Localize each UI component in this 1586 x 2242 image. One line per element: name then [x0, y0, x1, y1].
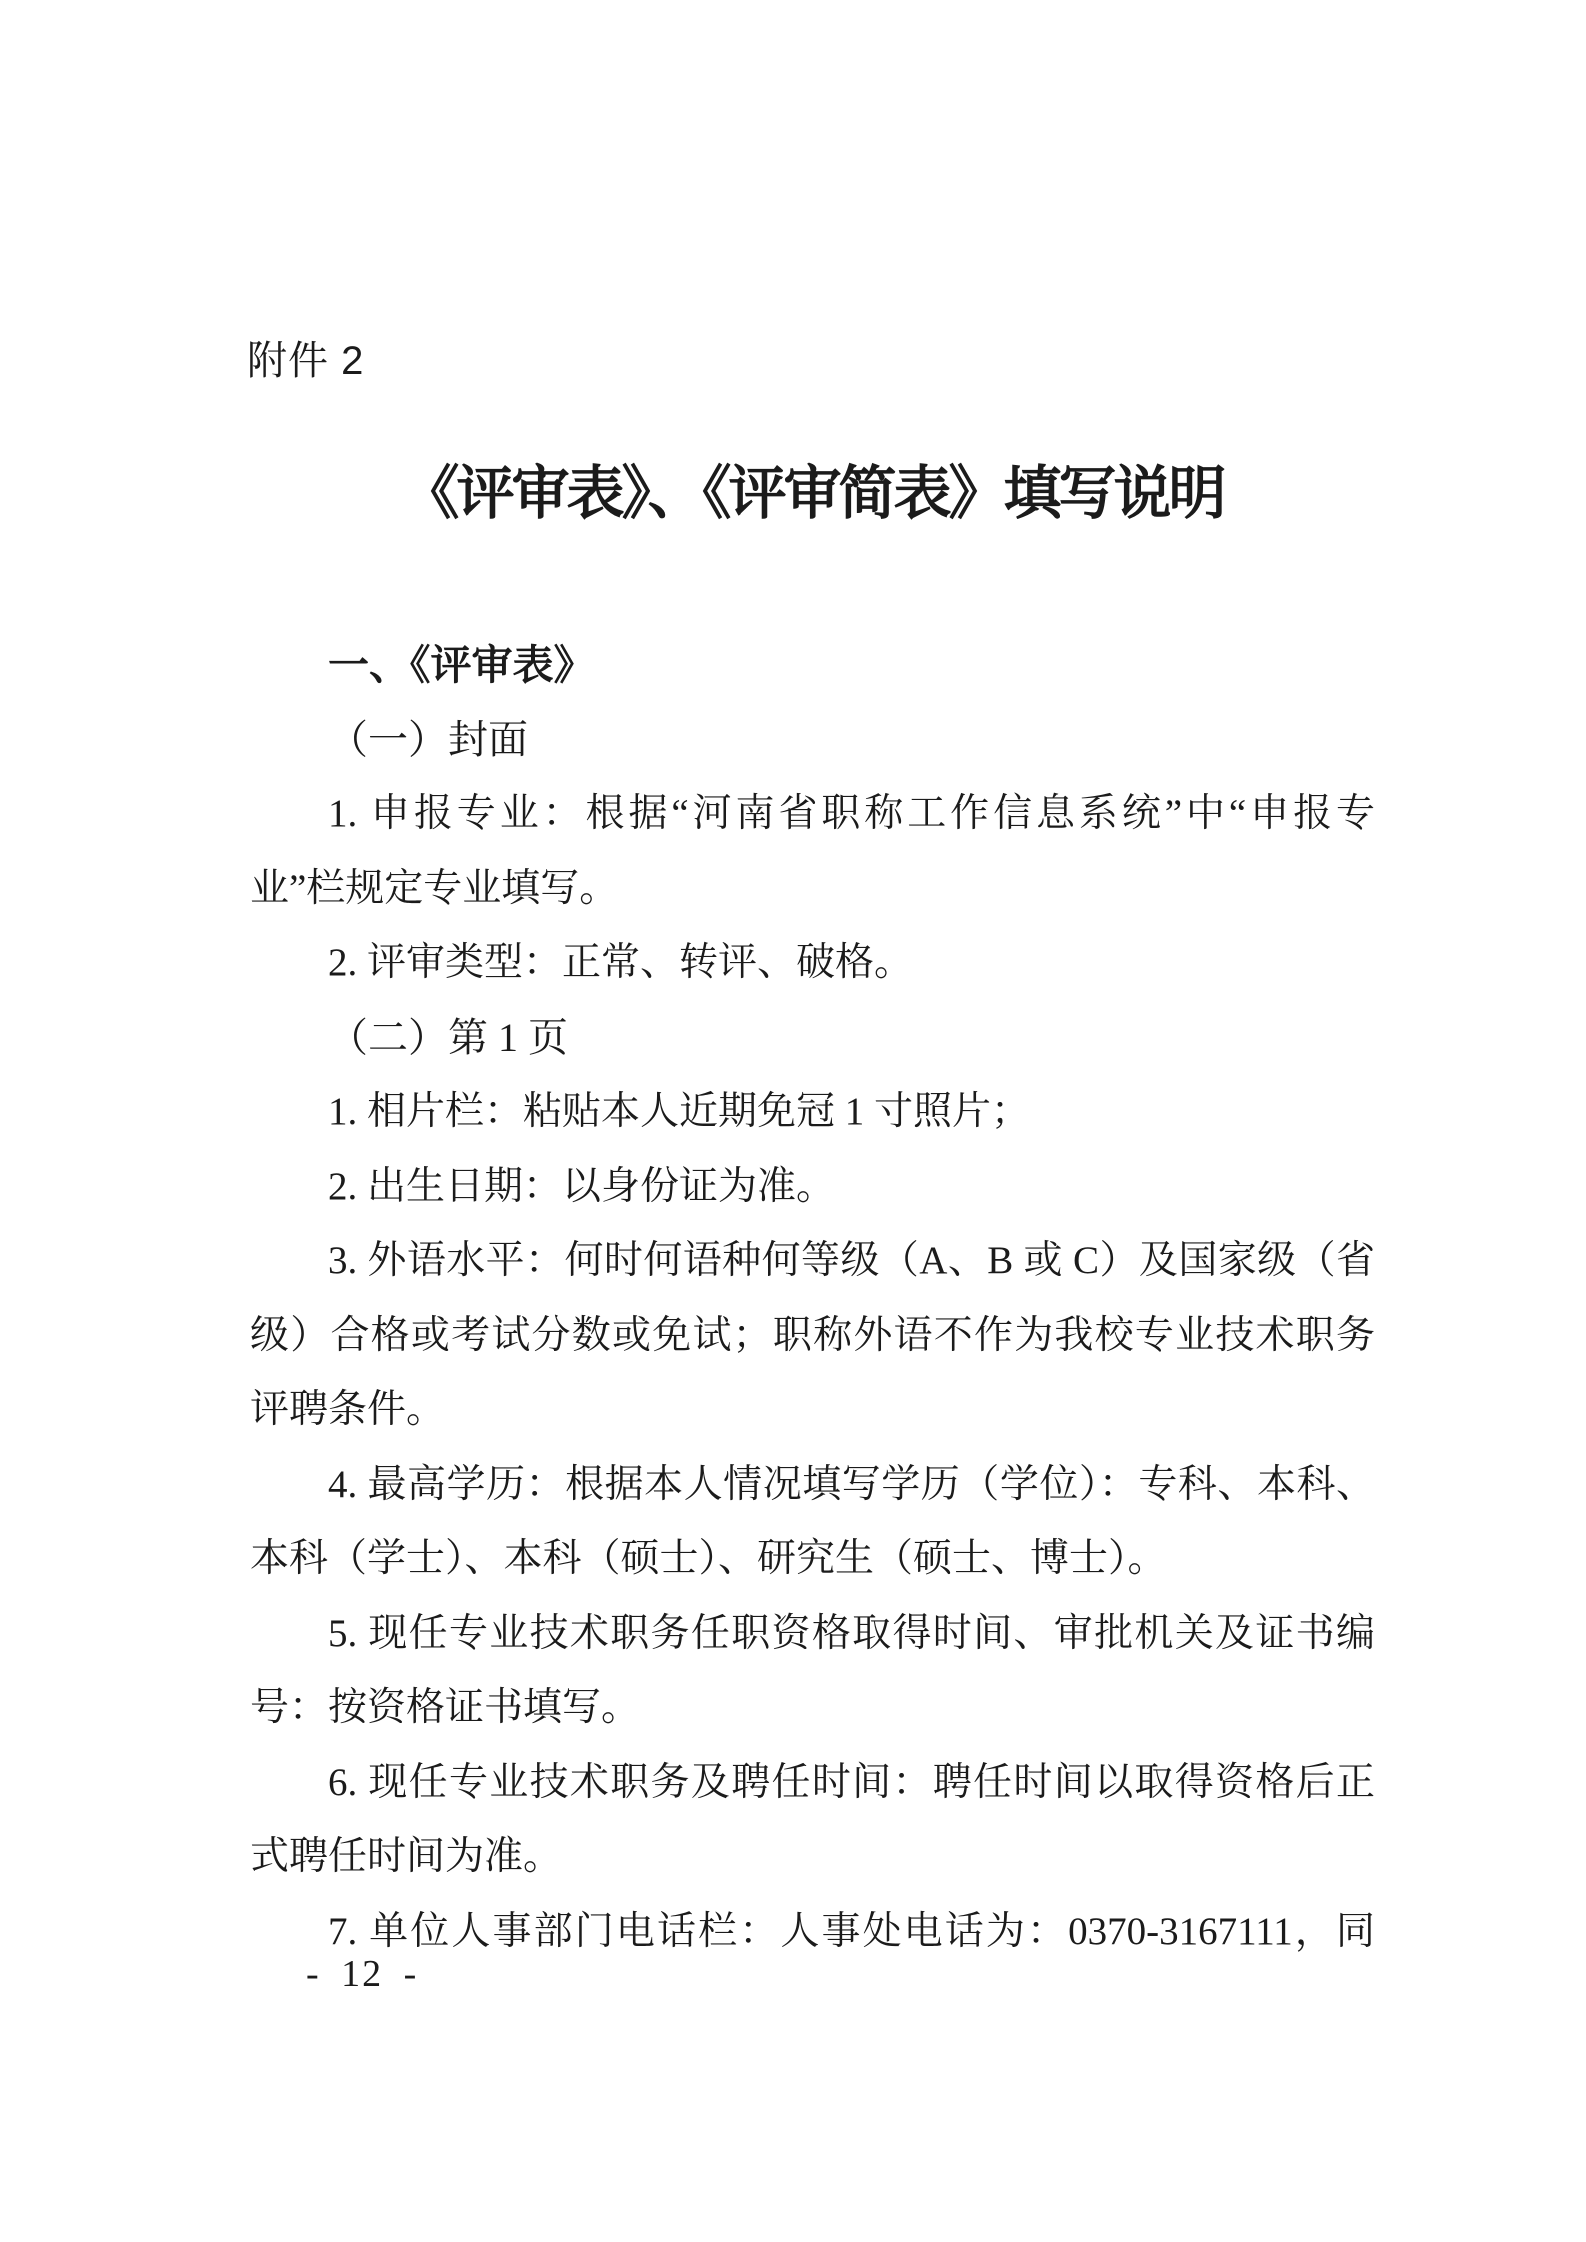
- document-page: 附件 2 《评审表》、《评审简表》填写说明 一、《评审表》（一）封面1. 申报专…: [0, 0, 1586, 2242]
- text-line: 4. 最高学历：根据本人情况填写学历（学位）：专科、本科、: [250, 1448, 1375, 1523]
- text-line: 业”栏规定专业填写。: [250, 852, 1375, 927]
- text-line: 1. 相片栏：粘贴本人近期免冠 1 寸照片；: [250, 1075, 1375, 1150]
- heading2: （二）第 1 页: [250, 1001, 1375, 1076]
- paragraph: 7. 单位人事部门电话栏：人事处电话为：0370-3167111，同: [250, 1895, 1375, 1970]
- text-line: （一）封面: [250, 703, 1375, 778]
- document-body: 一、《评审表》（一）封面1. 申报专业：根据“河南省职称工作信息系统”中“申报专…: [250, 628, 1375, 1969]
- paragraph: 5. 现任专业技术职务任职资格取得时间、审批机关及证书编号：按资格证书填写。: [250, 1597, 1375, 1746]
- text-line: 2. 出生日期：以身份证为准。: [250, 1150, 1375, 1225]
- text-line: （二）第 1 页: [250, 1001, 1375, 1076]
- heading1: 一、《评审表》: [250, 628, 1375, 703]
- page-number: - 12 -: [306, 1948, 418, 2000]
- paragraph: 6. 现任专业技术职务及聘任时间：聘任时间以取得资格后正式聘任时间为准。: [250, 1746, 1375, 1895]
- attachment-label: 附件 2: [247, 336, 364, 386]
- text-line: 评聘条件。: [250, 1373, 1375, 1448]
- text-line: 级）合格或考试分数或免试；职称外语不作为我校专业技术职务: [250, 1299, 1375, 1374]
- paragraph: 3. 外语水平：何时何语种何等级（A、B 或 C）及国家级（省级）合格或考试分数…: [250, 1224, 1375, 1448]
- text-line: 5. 现任专业技术职务任职资格取得时间、审批机关及证书编: [250, 1597, 1375, 1672]
- text-line: 3. 外语水平：何时何语种何等级（A、B 或 C）及国家级（省: [250, 1224, 1375, 1299]
- text-line: 1. 申报专业：根据“河南省职称工作信息系统”中“申报专: [250, 777, 1375, 852]
- text-line: 一、《评审表》: [250, 628, 1375, 703]
- text-line: 6. 现任专业技术职务及聘任时间：聘任时间以取得资格后正: [250, 1746, 1375, 1821]
- text-line: 本科（学士）、本科（硕士）、研究生（硕士、博士）。: [250, 1522, 1375, 1597]
- paragraph: 1. 相片栏：粘贴本人近期免冠 1 寸照片；: [250, 1075, 1375, 1150]
- text-line: 号：按资格证书填写。: [250, 1671, 1375, 1746]
- text-line: 7. 单位人事部门电话栏：人事处电话为：0370-3167111，同: [250, 1895, 1375, 1970]
- text-line: 2. 评审类型：正常、转评、破格。: [250, 926, 1375, 1001]
- paragraph: 2. 评审类型：正常、转评、破格。: [250, 926, 1375, 1001]
- document-title: 《评审表》、《评审简表》填写说明: [250, 456, 1375, 532]
- paragraph: 1. 申报专业：根据“河南省职称工作信息系统”中“申报专业”栏规定专业填写。: [250, 777, 1375, 926]
- paragraph: 4. 最高学历：根据本人情况填写学历（学位）：专科、本科、本科（学士）、本科（硕…: [250, 1448, 1375, 1597]
- paragraph: 2. 出生日期：以身份证为准。: [250, 1150, 1375, 1225]
- heading2: （一）封面: [250, 703, 1375, 778]
- text-line: 式聘任时间为准。: [250, 1820, 1375, 1895]
